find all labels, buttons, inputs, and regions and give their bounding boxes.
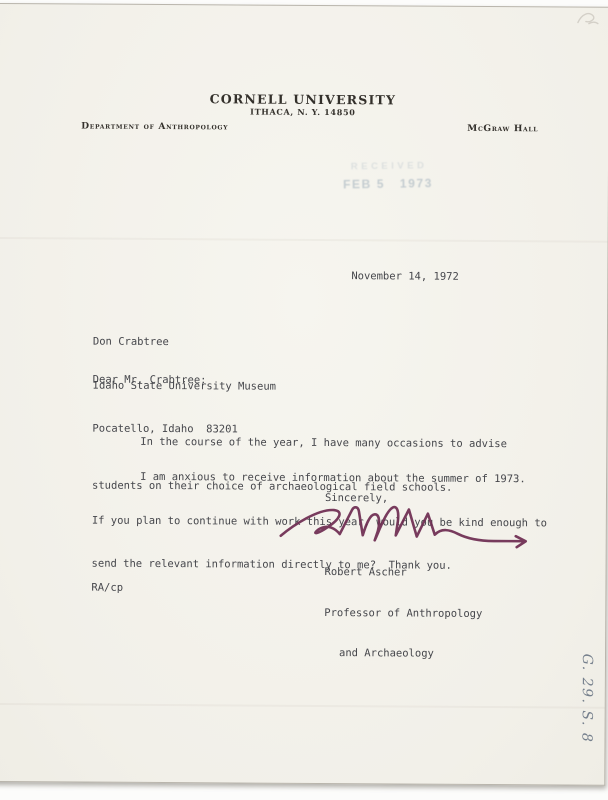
pencil-scribble [575, 10, 601, 28]
received-stamp: RECEIVED FEB 5 1973 [343, 161, 473, 190]
margin-note: G. 29. S. 8 [578, 654, 595, 779]
letterhead-department: Department of Anthropology [81, 122, 228, 133]
salutation: Dear Mr. Crabtree: [93, 373, 207, 388]
signer-name: Robert Ascher [324, 566, 482, 580]
signer-title-2: and Archaeology [324, 647, 482, 661]
stamp-line-2: FEB 5 1973 [343, 176, 473, 190]
paragraph-2-line-1: I am anxious to receive information abou… [92, 470, 547, 487]
signer-title-1: Professor of Anthropology [324, 607, 482, 621]
fold-crease-bottom [0, 703, 605, 709]
stamp-line-1: RECEIVED [351, 161, 473, 172]
recipient-name: Don Crabtree [93, 335, 276, 351]
letterhead-building: McGraw Hall [467, 124, 538, 134]
typist-initials: RA/cp [91, 581, 123, 596]
signer-block: Robert Ascher Professor of Anthropology … [324, 539, 483, 688]
letter-page: CORNELL UNIVERSITY ITHACA, N. Y. 14850 D… [0, 3, 608, 786]
fold-crease-top [0, 237, 608, 243]
date-line: November 14, 1972 [351, 269, 459, 284]
